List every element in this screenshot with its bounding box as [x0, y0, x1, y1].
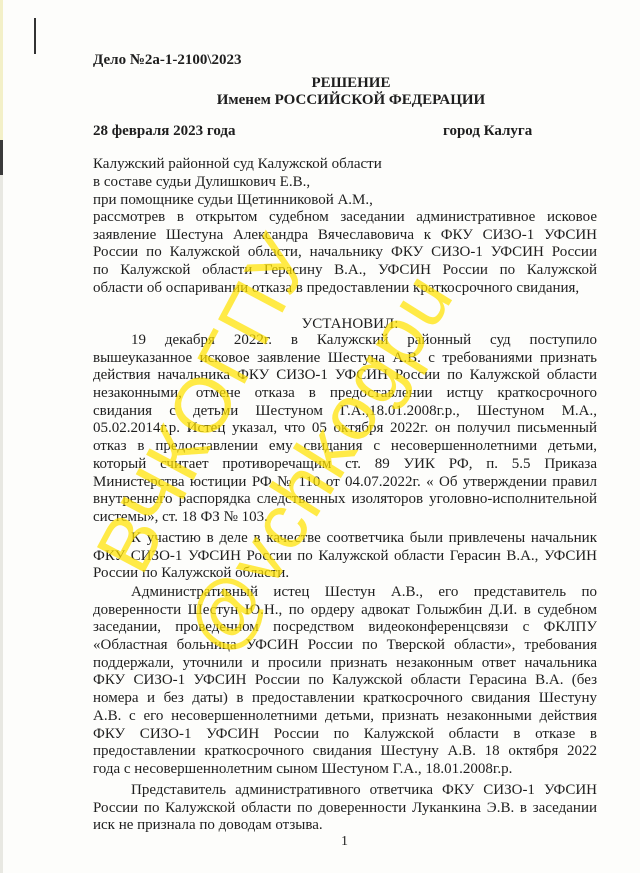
text-line: ФКУ СИЗО-1 УФСИН России по Калужской обл…	[93, 548, 597, 566]
text-line: отказ в предоставлении ему свидания с не…	[93, 438, 597, 456]
text-line: вышеуказанное исковое заявление Шестуна …	[93, 350, 597, 368]
text-line: который считает противоречащим ст. 89 УИ…	[93, 456, 597, 474]
text-line: действия начальника ФКУ СИЗО-1 УФСИН Рос…	[93, 367, 597, 385]
text-line: К участию в деле в качестве соответчика …	[93, 530, 597, 548]
text-line: заявление Шестуна Александра Вячеславови…	[93, 227, 597, 245]
decision-date: 28 февраля 2023 года	[93, 123, 236, 140]
section-heading: УСТАНОВИЛ:	[0, 316, 640, 333]
text-line: 05.02.2014г.р. Истец указал, что 05 октя…	[93, 420, 597, 438]
decision-city: город Калуга	[443, 123, 532, 140]
text-line: России по Калужской области, начальнику …	[93, 244, 597, 262]
page-number: 1	[341, 834, 348, 850]
document-subtitle: Именем РОССИЙСКОЙ ФЕДЕРАЦИИ	[0, 92, 640, 109]
text-line: номера и без даты) в предоставлении крат…	[93, 690, 597, 708]
text-line: Административный истец Шестун А.В., его …	[93, 584, 597, 602]
text-line: системы», ст. 18 ФЗ № 103.	[93, 509, 597, 527]
case-number: Дело №2а-1-2100\2023	[93, 52, 242, 69]
text-line: года с несовершеннолетним сыном Шестуном…	[93, 761, 597, 779]
text-line: России по Калужской области.	[93, 565, 597, 583]
text-line: 19 декабря 2022г. в Калужский районный с…	[93, 332, 597, 350]
text-line: России по Калужской области по доверенно…	[93, 800, 597, 818]
text-line: по Калужской области Герасину В.А., УФСИ…	[93, 262, 597, 280]
text-line: поддержали, уточнили и просили признать …	[93, 655, 597, 673]
text-line: незаконными, отмене отказа в предоставле…	[93, 385, 597, 403]
paragraph-claim: 19 декабря 2022г. в Калужский районный с…	[93, 332, 597, 527]
document-title: РЕШЕНИЕ	[0, 75, 640, 92]
text-line: рассмотрев в открытом судебном заседании…	[93, 209, 597, 227]
text-line: области об оспаривании отказа в предоста…	[93, 280, 597, 298]
intro-paragraph: рассмотрев в открытом судебном заседании…	[93, 209, 597, 297]
court-name: Калужский районной суд Калужской области	[93, 156, 382, 173]
text-line: ФКУ СИЗО-1 УФСИН России по Калужской обл…	[93, 672, 597, 690]
text-line: Представитель административного ответчик…	[93, 782, 597, 800]
text-line: свидания с детьми Шестуном Г.А.,18.01.20…	[93, 403, 597, 421]
paragraph-plaintiff-position: Административный истец Шестун А.В., его …	[93, 584, 597, 779]
document-page: Дело №2а-1-2100\2023 РЕШЕНИЕ Именем РОСС…	[0, 0, 640, 873]
text-line: заседании, проведенном посредством видео…	[93, 619, 597, 637]
assistant-line: при помощнике судьи Щетинниковой А.М.,	[93, 192, 373, 209]
text-line: Министерства юстиции РФ № 110 от 04.07.2…	[93, 474, 597, 492]
text-line: внутреннего распорядка следственных изол…	[93, 491, 597, 509]
text-line: доверенности Шестун Ю.Н., по ордеру адво…	[93, 602, 597, 620]
text-line: предоставлении краткосрочного свидания Ш…	[93, 743, 597, 761]
judge-line: в составе судьи Дулишкович Е.В.,	[93, 174, 310, 191]
text-line: «Областная больница УФСИН России по Твер…	[93, 637, 597, 655]
text-line: иск не признала по доводам отзыва.	[93, 817, 597, 835]
text-line: А.В. с его несовершеннолетними детьми, п…	[93, 708, 597, 726]
paragraph-defendant-position: Представитель административного ответчик…	[93, 782, 597, 835]
paragraph-co-defendants: К участию в деле в качестве соответчика …	[93, 530, 597, 583]
text-line: ФКУ СИЗО-1 УФСИН России по Калужской обл…	[93, 726, 597, 744]
